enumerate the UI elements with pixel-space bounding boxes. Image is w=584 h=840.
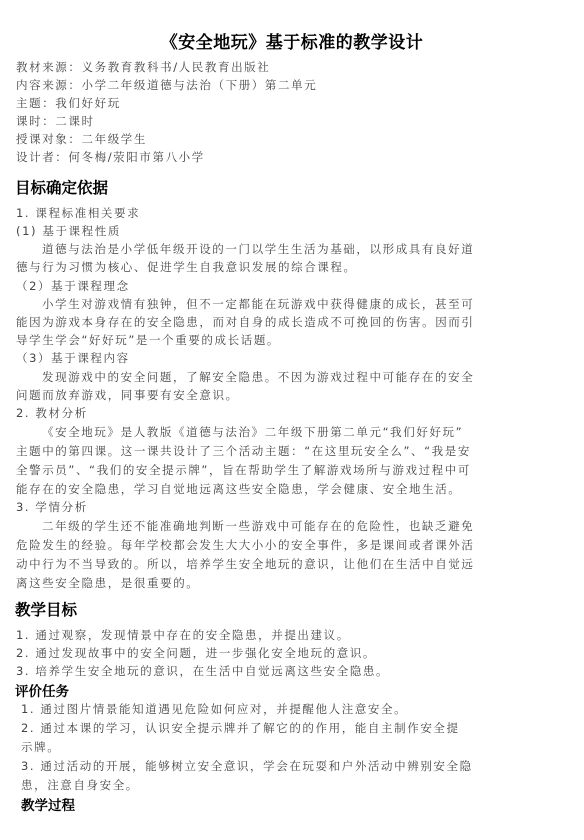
info-content-source: 内容来源：小学二年级道德与法治（下册）第二单元 xyxy=(16,76,317,94)
objective-item: 2. 通过发现故事中的安全问题，进一步强化安全地玩的意识。 xyxy=(16,644,376,662)
para-line: 能因为游戏本身存在的安全隐患，而对自身的成长造成不可挽回的伤害。因而引 xyxy=(16,313,475,331)
document-page: 《安全地玩》基于标准的教学设计 教材来源：义务教育教科书/人民教育出版社 内容来… xyxy=(0,0,584,840)
assessment-item: 3. 通过活动的开展，能够树立安全意识，学会在玩耍和户外活动中辨别安全隐 xyxy=(21,757,473,775)
document-title: 《安全地玩》基于标准的教学设计 xyxy=(0,28,584,53)
para-line: 能存在的安全隐患，学习自觉地远离这些安全隐患，学会健康、安全地生活。 xyxy=(16,480,461,498)
para-line: 德与行为习惯为核心、促进学生自我意识发展的综合课程。 xyxy=(16,258,357,276)
objective-item: 3. 培养学生安全地玩的意识，在生活中自觉远离这些安全隐患。 xyxy=(16,662,389,680)
assessment-item-cont: 示牌。 xyxy=(21,738,60,756)
info-periods: 课时：二课时 xyxy=(16,112,95,130)
para-line: 二年级的学生还不能准确地判断一些游戏中可能存在的危险性，也缺乏避免 xyxy=(16,517,474,535)
para-line: 主题中的第四课。这一课共设计了三个活动主题：“在这里玩安全么”、“我是安 xyxy=(16,442,471,460)
sub-heading-curriculum: 1. 课程标准相关要求 xyxy=(16,204,140,222)
para-line: 发现游戏中的安全问题，了解安全隐患。不因为游戏过程中可能存在的安全 xyxy=(16,368,474,386)
section-heading-process: 教学过程 xyxy=(21,794,75,814)
info-designer: 设计者：何冬梅/荥阳市第八小学 xyxy=(16,148,205,166)
assessment-item: 1. 通过图片情景能知道遇见危险如何应对，并提醒他人注意安全。 xyxy=(21,700,407,718)
para-title-concept: （2）基于课程理念 xyxy=(16,277,130,295)
para-line: 离这些安全隐患，是很重要的。 xyxy=(16,574,199,592)
assessment-item-cont: 患，注意自身安全。 xyxy=(21,776,139,794)
info-audience: 授课对象：二年级学生 xyxy=(16,130,147,148)
sub-heading-student-analysis: 3. 学情分析 xyxy=(16,498,88,516)
section-heading-assessment: 评价任务 xyxy=(15,680,69,700)
para-line: 动中行为不当导致的。所以，培养学生安全地玩的意识，让他们在生活中自觉远 xyxy=(16,555,475,573)
para-line: 小学生对游戏情有独钟，但不一定都能在玩游戏中获得健康的成长，甚至可 xyxy=(16,295,474,313)
section-heading-basis: 目标确定依据 xyxy=(15,176,108,198)
para-line: 《安全地玩》是人教版《道德与法治》二年级下册第二单元“我们好好玩” xyxy=(16,423,463,441)
sub-heading-textbook-analysis: 2. 教材分析 xyxy=(16,404,88,422)
para-line: 问题而放弃游戏，同事要有安全意识。 xyxy=(16,386,239,404)
info-textbook-source: 教材来源：义务教育教科书/人民教育出版社 xyxy=(16,58,270,76)
para-line: 导学生学会“好好玩”是一个重要的成长话题。 xyxy=(16,331,280,349)
objective-item: 1. 通过观察，发现情景中存在的安全隐患，并提出建议。 xyxy=(16,626,350,644)
para-title-content: （3）基于课程内容 xyxy=(16,349,130,367)
para-title-nature: (1) 基于课程性质 xyxy=(16,222,121,240)
para-line: 危险发生的经验。每年学校都会发生大大小小的安全事件，多是课间或者课外活 xyxy=(16,536,475,554)
info-theme: 主题：我们好好玩 xyxy=(16,94,121,112)
section-heading-objectives: 教学目标 xyxy=(15,598,77,620)
para-line: 全警示员”、“我们的安全提示牌”，旨在帮助学生了解游戏场所与游戏过程中可 xyxy=(16,461,471,479)
assessment-item: 2. 通过本课的学习，认识安全提示牌并了解它的的作用，能自主制作安全提 xyxy=(21,719,460,737)
para-line: 道德与法治是小学低年级开设的一门以学生生活为基础，以形成具有良好道 xyxy=(16,240,474,258)
